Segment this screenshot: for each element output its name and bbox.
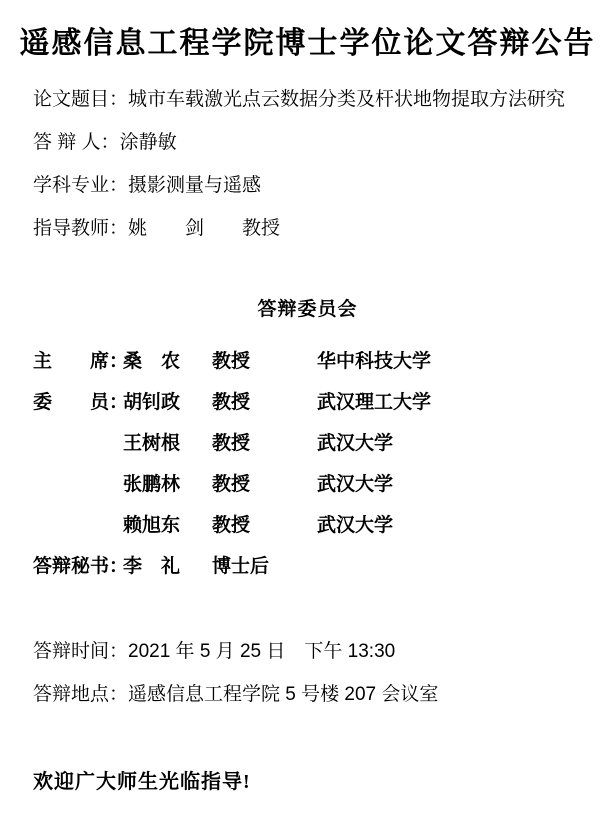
committee-member-affiliation: 华中科技大学 xyxy=(317,351,431,373)
major-value: 摄影测量与遥感 xyxy=(128,174,261,197)
advisor-row: 指导教师： 姚 剑 教授 xyxy=(33,217,565,240)
committee-row-member: 王树根 教授 武汉大学 xyxy=(33,433,431,455)
committee-member-title: 教授 xyxy=(212,515,317,537)
committee-row-member: 张鹏林 教授 武汉大学 xyxy=(33,474,431,496)
defense-venue-row: 答辩地点： 遥感信息工程学院 5 号楼 207 会议室 xyxy=(33,684,438,706)
committee-role-label xyxy=(33,474,123,496)
committee-member-affiliation: 武汉理工大学 xyxy=(317,392,431,414)
thesis-title-label: 论文题目： xyxy=(33,88,128,111)
committee-role-label xyxy=(33,515,123,537)
defense-announcement-page: 遥感信息工程学院博士学位论文答辩公告 论文题目： 城市车载激光点云数据分类及杆状… xyxy=(0,0,615,816)
secretary-affiliation xyxy=(317,556,431,578)
committee-member-name: 王树根 xyxy=(123,433,212,455)
secretary-name: 李 礼 xyxy=(123,556,212,578)
committee-row-member: 赖旭东 教授 武汉大学 xyxy=(33,515,431,537)
page-title: 遥感信息工程学院博士学位论文答辩公告 xyxy=(0,18,615,62)
committee-row-chairman: 主 席： 桑 农 教授 华中科技大学 xyxy=(33,351,431,373)
thesis-title-value: 城市车载激光点云数据分类及杆状地物提取方法研究 xyxy=(128,88,565,111)
major-row: 学科专业： 摄影测量与遥感 xyxy=(33,174,565,197)
defense-time-value: 2021 年 5 月 25 日 下午 13:30 xyxy=(128,641,395,663)
committee-role-label xyxy=(33,433,123,455)
defense-time-label: 答辩时间： xyxy=(33,641,128,663)
thesis-title-row: 论文题目： 城市车载激光点云数据分类及杆状地物提取方法研究 xyxy=(33,88,565,111)
defense-venue-label: 答辩地点： xyxy=(33,684,128,706)
committee-member-name: 桑 农 xyxy=(123,351,212,373)
candidate-name: 涂静敏 xyxy=(120,131,177,154)
committee-role-label: 主 席： xyxy=(33,351,123,373)
advisor-label: 指导教师： xyxy=(33,217,128,240)
committee-member-affiliation: 武汉大学 xyxy=(317,433,431,455)
welcome-message: 欢迎广大师生光临指导! xyxy=(33,765,251,794)
committee-member-title: 教授 xyxy=(212,474,317,496)
advisor-name: 姚 剑 教授 xyxy=(128,217,280,240)
committee-heading: 答辩委员会 xyxy=(0,294,615,321)
committee-member-name: 胡钊政 xyxy=(123,392,212,414)
defense-time-row: 答辩时间： 2021 年 5 月 25 日 下午 13:30 xyxy=(33,641,438,663)
committee-member-name: 张鹏林 xyxy=(123,474,212,496)
committee-member-affiliation: 武汉大学 xyxy=(317,474,431,496)
committee-member-title: 教授 xyxy=(212,433,317,455)
committee-member-title: 教授 xyxy=(212,351,317,373)
candidate-row: 答 辩 人： 涂静敏 xyxy=(33,131,565,154)
secretary-role-label: 答辩秘书： xyxy=(33,556,123,578)
committee-row-member: 委 员： 胡钊政 教授 武汉理工大学 xyxy=(33,392,431,414)
committee-member-affiliation: 武汉大学 xyxy=(317,515,431,537)
secretary-title: 博士后 xyxy=(212,556,317,578)
major-label: 学科专业： xyxy=(33,174,128,197)
committee-section: 主 席： 桑 农 教授 华中科技大学 委 员： 胡钊政 教授 武汉理工大学 王树… xyxy=(33,351,431,597)
committee-row-secretary: 答辩秘书： 李 礼 博士后 xyxy=(33,556,431,578)
committee-role-label: 委 员： xyxy=(33,392,123,414)
committee-member-title: 教授 xyxy=(212,392,317,414)
thesis-info-section: 论文题目： 城市车载激光点云数据分类及杆状地物提取方法研究 答 辩 人： 涂静敏… xyxy=(33,88,565,260)
committee-member-name: 赖旭东 xyxy=(123,515,212,537)
candidate-label: 答 辩 人： xyxy=(33,131,120,154)
defense-venue-value: 遥感信息工程学院 5 号楼 207 会议室 xyxy=(128,684,438,706)
schedule-section: 答辩时间： 2021 年 5 月 25 日 下午 13:30 答辩地点： 遥感信… xyxy=(33,641,438,727)
